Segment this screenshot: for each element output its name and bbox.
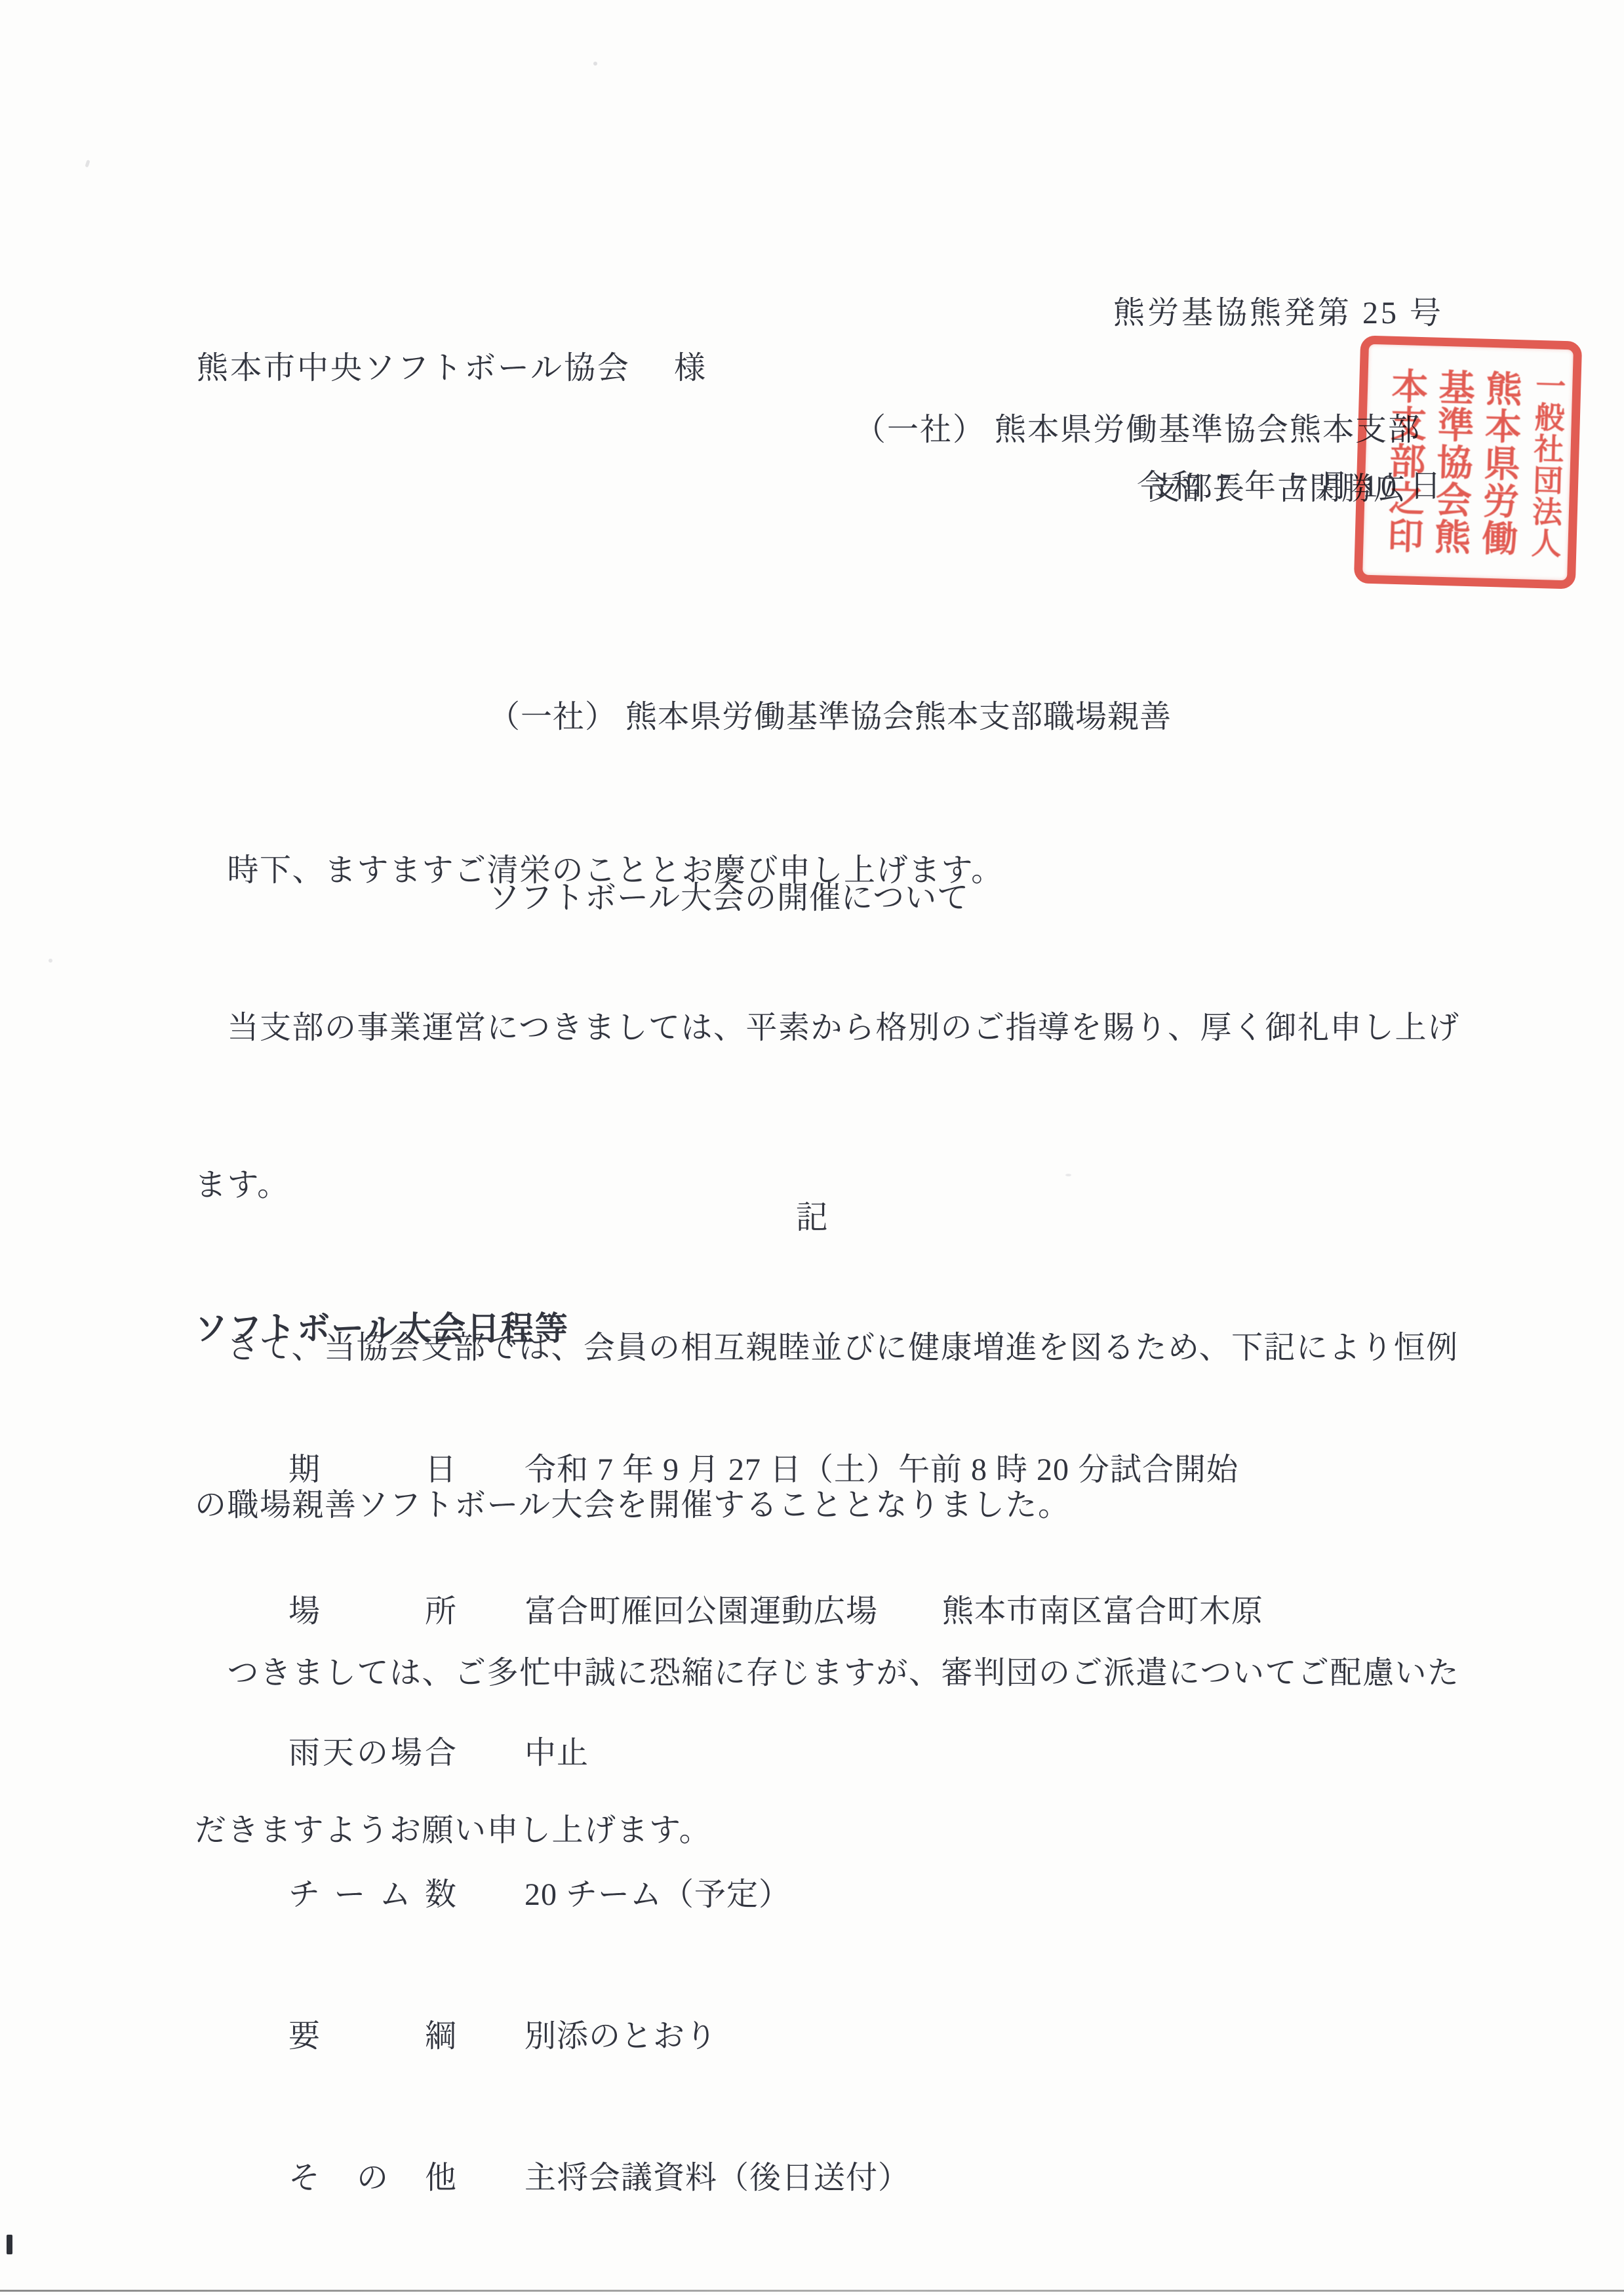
schedule-label: 期日 <box>288 1444 456 1489</box>
scan-mark <box>7 2235 12 2254</box>
doc-number: 熊労基協熊発第 25 号 <box>1113 285 1444 342</box>
scan-edge-line <box>0 2290 1624 2292</box>
seal-text-column: 基準協会熊 <box>1427 349 1476 574</box>
sender-organization: （一社） 熊本県労働基準協会熊本支部 <box>854 404 1421 449</box>
seal-text-column: 熊本県労働 <box>1474 351 1523 575</box>
seal-text-column: 本支部之印 <box>1379 348 1429 572</box>
scan-speck <box>85 159 90 167</box>
schedule-label: 場所 <box>288 1586 456 1631</box>
scan-speck <box>49 959 52 963</box>
schedule-value: 主将会議資料（後日送付） <box>525 2152 910 2197</box>
schedule-row: チーム数 20 チーム（予定） <box>288 1869 1263 1914</box>
schedule-row: その他 主将会議資料（後日送付） <box>288 2152 1263 2197</box>
addressee: 熊本市中央ソフトボール協会 様 <box>197 342 707 388</box>
body-line: 時下、ますますご清栄のこととお慶び申し上げます。 <box>195 845 1480 897</box>
seal-text-column: 一般社団法人 <box>1521 352 1570 576</box>
scan-speck <box>1065 1174 1071 1176</box>
official-seal-stamp: 一般社団法人 熊本県労働 基準協会熊 本支部之印 <box>1354 335 1582 589</box>
schedule-row: 期日 令和 7 年 9 月 27 日（土）午前 8 時 20 分試合開始 <box>288 1444 1263 1489</box>
schedule-label: 要綱 <box>288 2010 456 2056</box>
schedule-value: 中止 <box>525 1727 589 1772</box>
body-line: 当支部の事業運営につきましては、平素から格別のご指導を賜り、厚く御礼申し上げ <box>195 1002 1480 1054</box>
schedule-label: チーム数 <box>288 1869 456 1914</box>
schedule-row: 場所 富合町雁回公園運動広場 熊本市南区富合町木原 <box>288 1586 1263 1631</box>
schedule-value: 20 チーム（予定） <box>525 1869 791 1914</box>
schedule-heading: ソフトボール大会日程等 <box>195 1302 569 1349</box>
schedule-list: 期日 令和 7 年 9 月 27 日（土）午前 8 時 20 分試合開始 場所 … <box>288 1372 1263 2294</box>
schedule-value: 富合町雁回公園運動広場 熊本市南区富合町木原 <box>525 1586 1263 1631</box>
schedule-value: 令和 7 年 9 月 27 日（土）午前 8 時 20 分試合開始 <box>525 1444 1238 1489</box>
schedule-label: その他 <box>288 2152 456 2197</box>
record-marker: 記 <box>0 1192 1624 1238</box>
subject-title-line1: （一社） 熊本県労働基準協会熊本支部職場親善 <box>488 687 1172 748</box>
document-page: 熊労基協熊発第 25 号 令和 7 年 7 月 10 日 熊本市中央ソフトボール… <box>0 0 1624 2295</box>
schedule-row: 雨天の場合 中止 <box>288 1727 1263 1772</box>
schedule-value: 別添のとおり <box>525 2010 717 2056</box>
schedule-row: 要綱 別添のとおり <box>288 2010 1263 2056</box>
schedule-label: 雨天の場合 <box>288 1727 456 1772</box>
scan-speck <box>593 62 597 66</box>
